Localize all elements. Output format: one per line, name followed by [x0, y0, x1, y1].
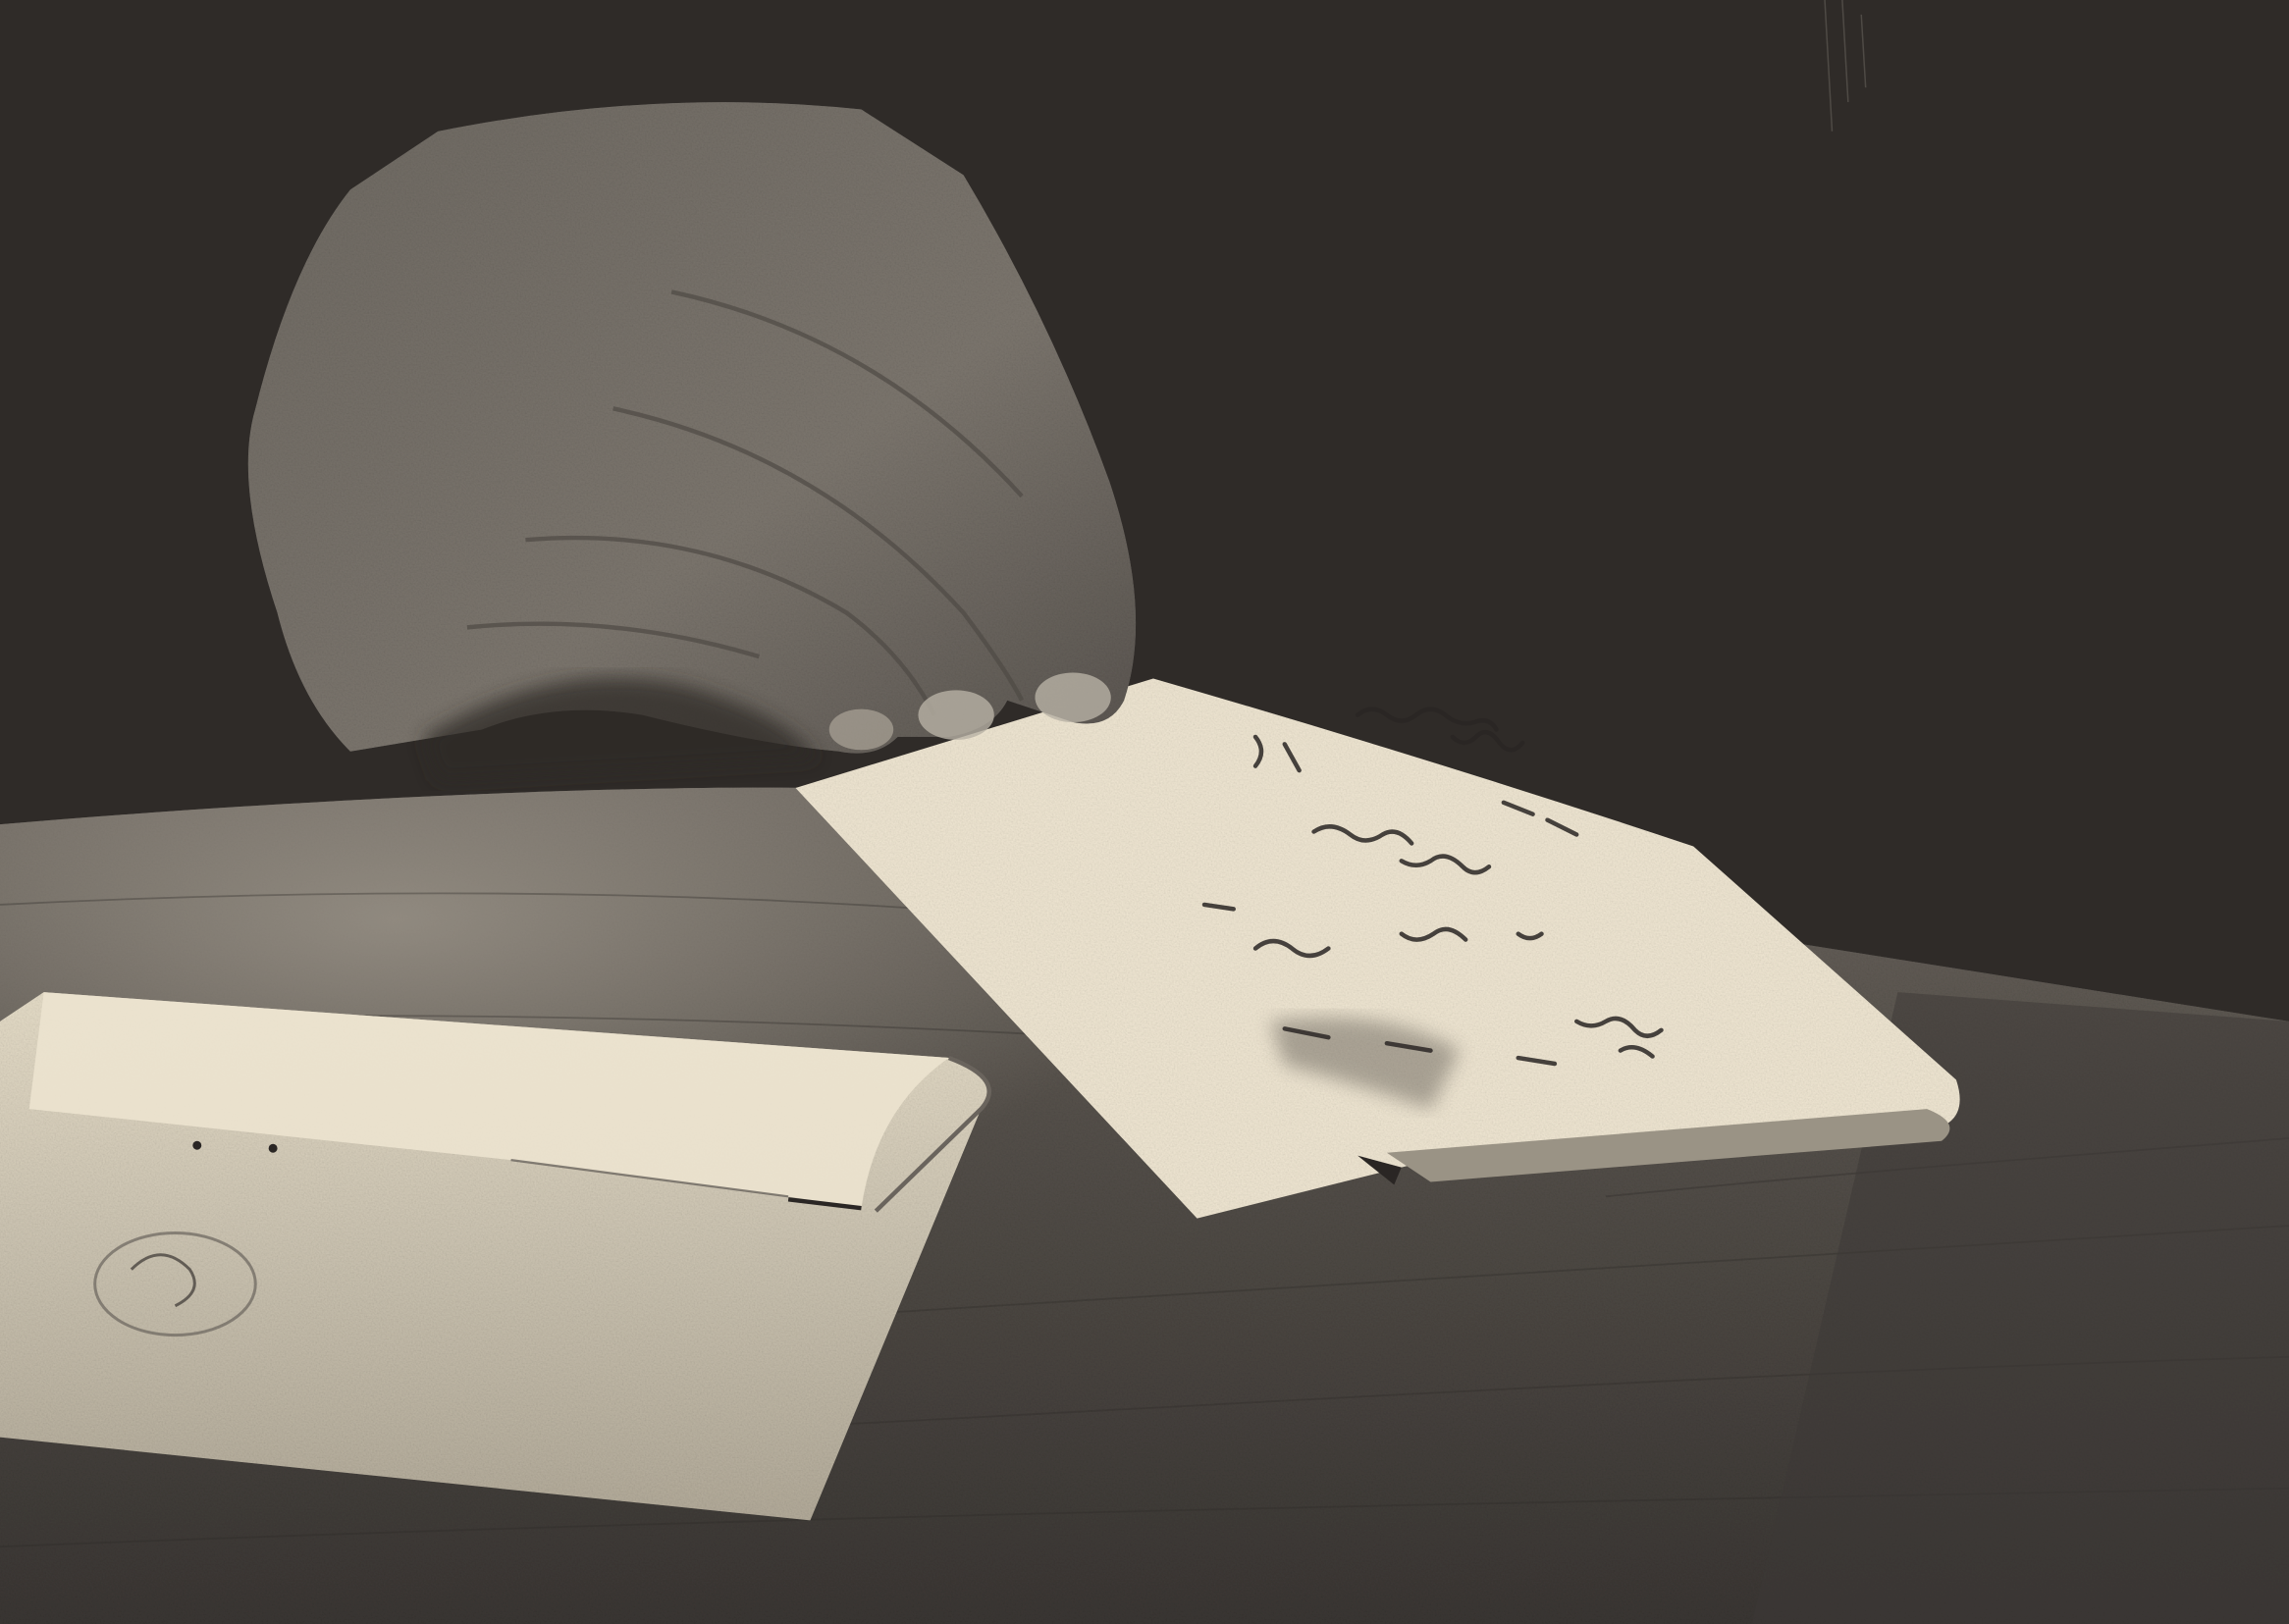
- envelope-dot: [192, 1141, 201, 1150]
- artwork: A hand holding a folded letter with ille…: [0, 0, 2289, 1624]
- fingertip: [829, 709, 893, 751]
- fingertip: [1035, 672, 1110, 722]
- fingertip: [918, 690, 993, 740]
- envelope-dot: [269, 1144, 278, 1153]
- lithograph-canvas: [0, 0, 2289, 1624]
- envelope: [0, 992, 989, 1520]
